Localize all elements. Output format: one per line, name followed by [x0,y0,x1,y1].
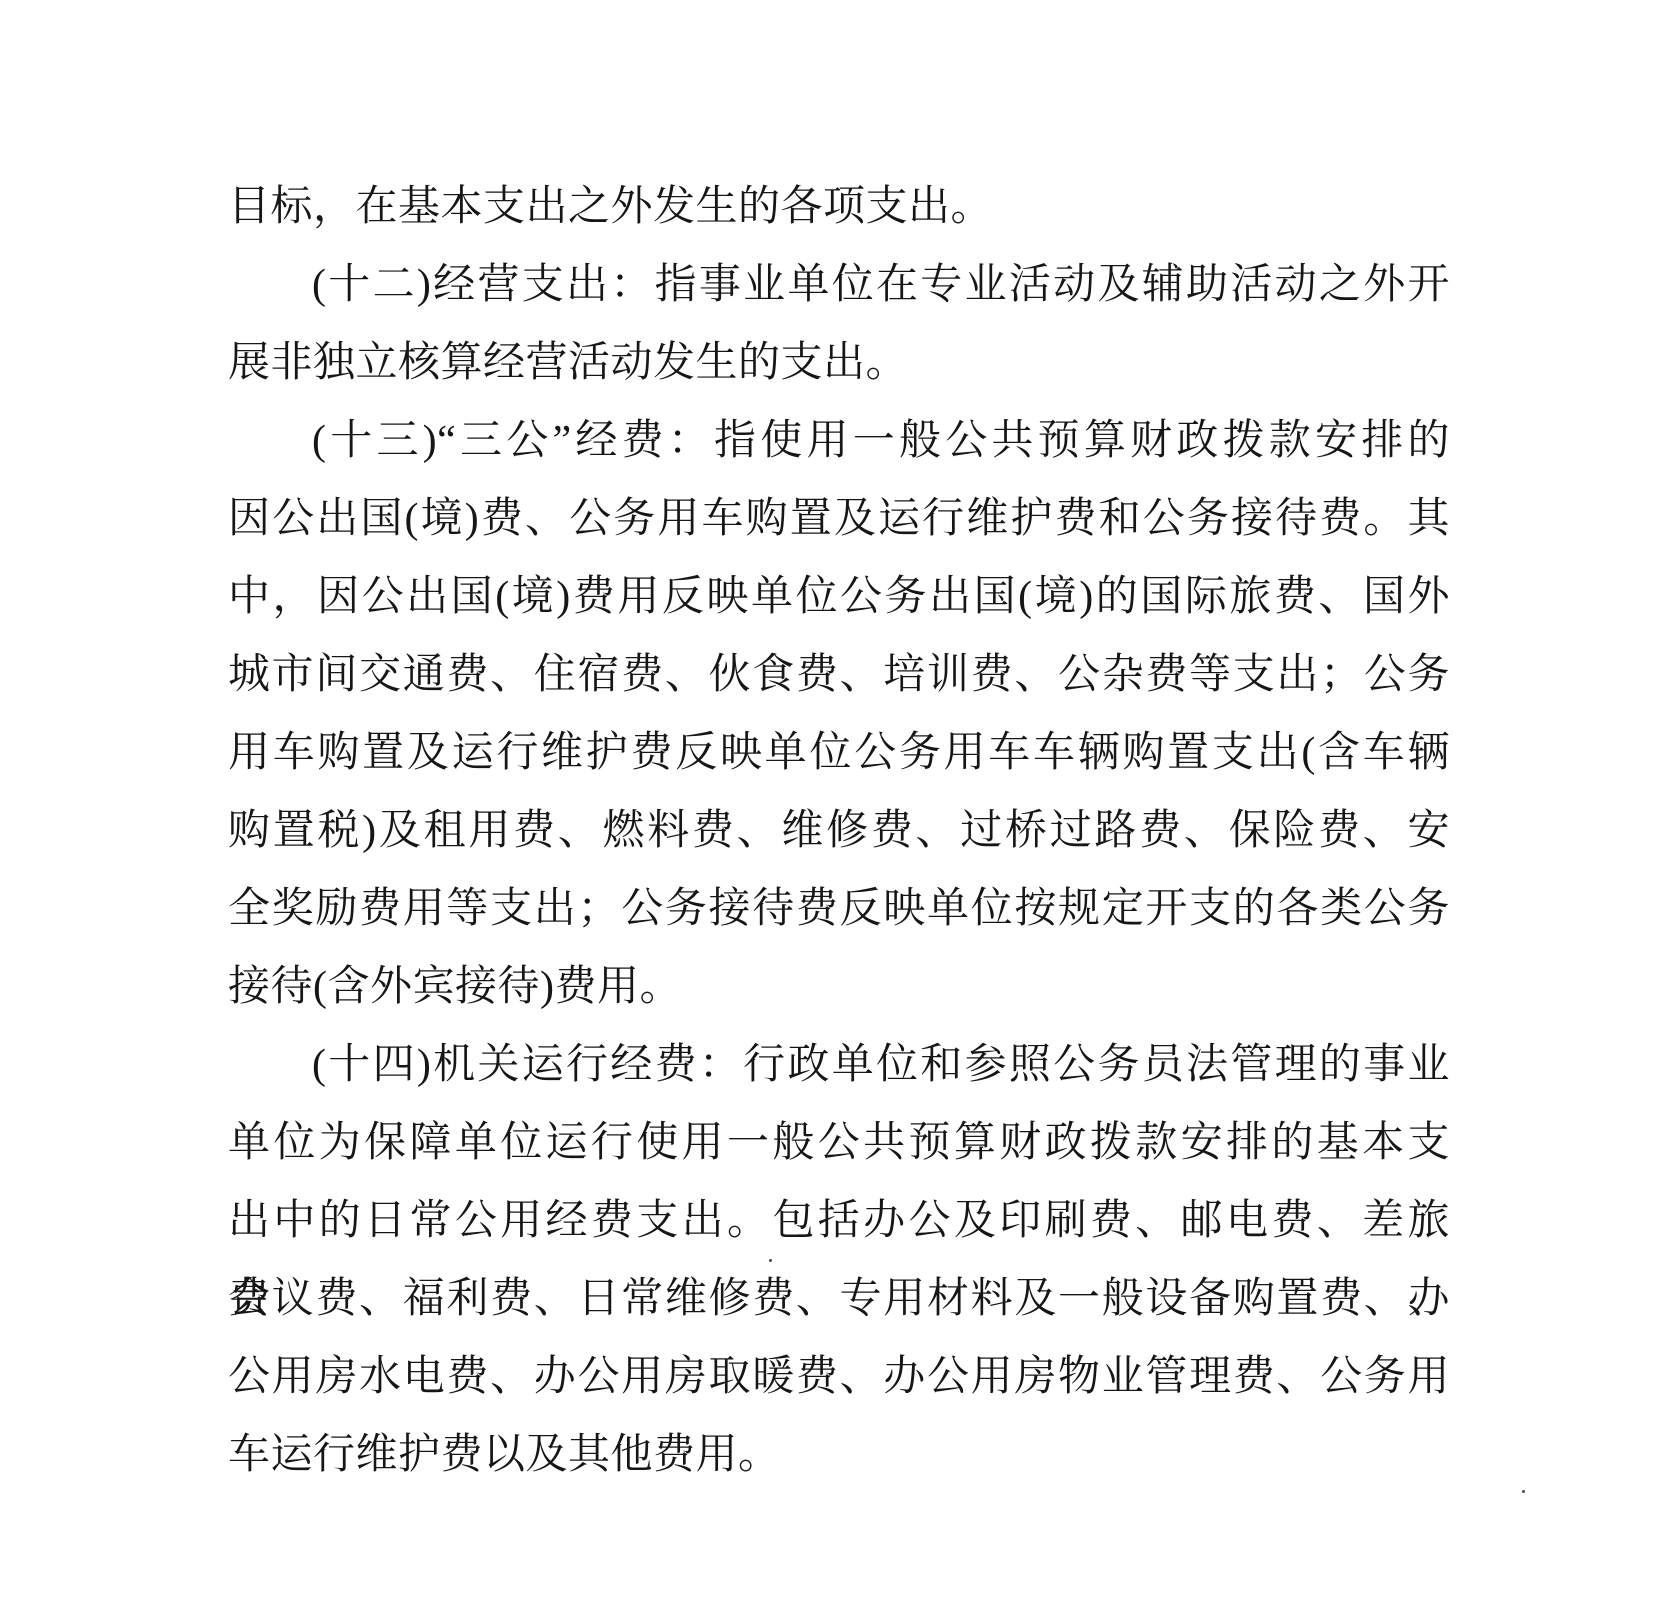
text-line: 公用房水电费、办公用房取暖费、办公用房物业管理费、公务用 [228,1338,1450,1416]
text-line: 展非独立核算经营活动发生的支出。 [228,324,1450,402]
text-line: 购置税)及租用费、燃料费、维修费、过桥过路费、保险费、安 [228,792,1450,870]
page-text: 目标，在基本支出之外发生的各项支出。(十二)经营支出：指事业单位在专业活动及辅助… [228,168,1450,1494]
text-line: 接待(含外宾接待)费用。 [228,948,1450,1026]
text-line: (十四)机关运行经费：行政单位和参照公务员法管理的事业 [228,1026,1450,1104]
text-line: (十三)“三公”经费：指使用一般公共预算财政拨款安排的 [228,402,1450,480]
text-line: 会议费、福利费、日常维修费、专用材料及一般设备购置费、办 [228,1260,1450,1338]
text-line: 因公出国(境)费、公务用车购置及运行维护费和公务接待费。其 [228,480,1450,558]
scanned-document-page: 目标，在基本支出之外发生的各项支出。(十二)经营支出：指事业单位在专业活动及辅助… [0,0,1654,1610]
scan-speck-artifact [1522,1490,1525,1493]
text-line: 目标，在基本支出之外发生的各项支出。 [228,168,1450,246]
scan-speck-artifact [769,1259,772,1262]
text-line: 城市间交通费、住宿费、伙食费、培训费、公杂费等支出；公务 [228,636,1450,714]
text-line: 中，因公出国(境)费用反映单位公务出国(境)的国际旅费、国外 [228,558,1450,636]
text-line: 用车购置及运行维护费反映单位公务用车车辆购置支出(含车辆 [228,714,1450,792]
text-line: 单位为保障单位运行使用一般公共预算财政拨款安排的基本支 [228,1104,1450,1182]
text-line: 车运行维护费以及其他费用。 [228,1416,1450,1494]
text-line: 出中的日常公用经费支出。包括办公及印刷费、邮电费、差旅费、 [228,1182,1450,1260]
text-line: (十二)经营支出：指事业单位在专业活动及辅助活动之外开 [228,246,1450,324]
text-line: 全奖励费用等支出；公务接待费反映单位按规定开支的各类公务 [228,870,1450,948]
